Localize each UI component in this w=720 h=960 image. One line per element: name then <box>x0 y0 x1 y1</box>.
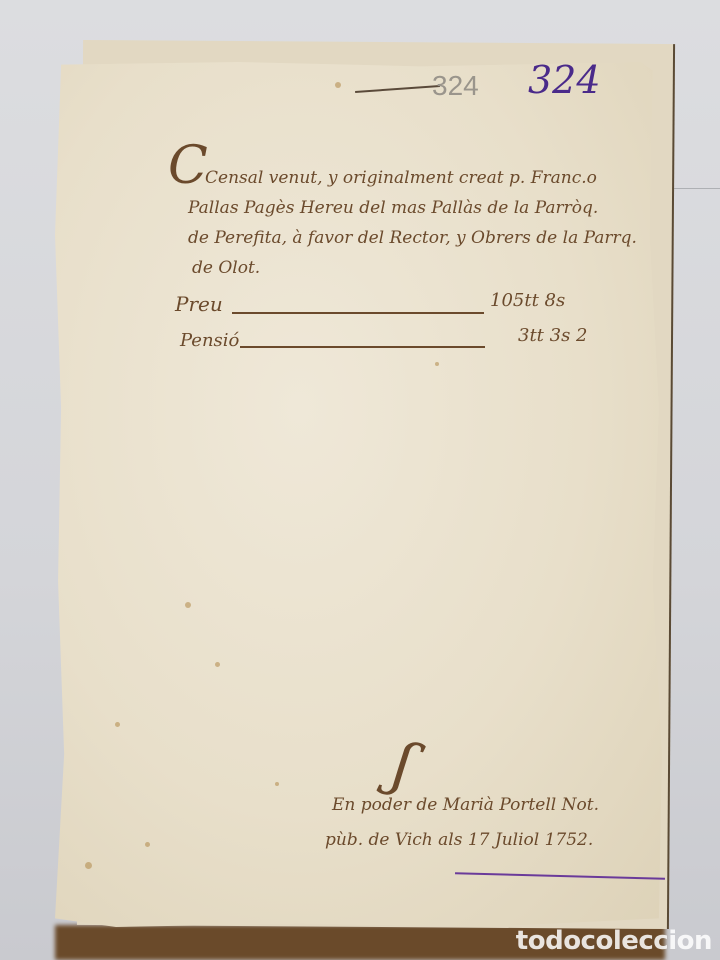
body-line-3: de Perefita, à favor del Rector, y Obrer… <box>188 228 637 248</box>
foxing-spot <box>215 662 220 667</box>
price-label: Preu <box>175 292 223 316</box>
watermark: todocoleccion <box>516 926 712 956</box>
footer-line-2: pùb. de Vich als 17 Juliol 1752. <box>325 830 593 850</box>
price-value: 105tt 8s <box>490 290 565 311</box>
foxing-spot <box>115 722 120 727</box>
foxing-spot <box>335 82 341 88</box>
foxing-spot <box>145 842 150 847</box>
pension-value: 3tt 3s 2 <box>518 325 588 346</box>
foxing-spot <box>435 362 439 366</box>
pension-label: Pensió <box>180 330 239 351</box>
foxing-spot <box>275 782 279 786</box>
body-line-2: Pallas Pagès Hereu del mas Pallàs de la … <box>188 198 598 218</box>
body-line-1: Censal venut, y originalment creat p. Fr… <box>205 168 597 188</box>
footer-line-1: En poder de Marià Portell Not. <box>332 795 599 815</box>
old-folio-number: 324 <box>432 70 479 102</box>
foxing-spot <box>185 602 191 608</box>
body-line-4: de Olot. <box>192 258 260 278</box>
folio-number: 324 <box>528 58 601 102</box>
foxing-spot <box>85 862 92 869</box>
price-leader-line <box>232 312 484 314</box>
initial-capital: C <box>168 140 208 192</box>
pension-leader-line <box>240 346 485 348</box>
